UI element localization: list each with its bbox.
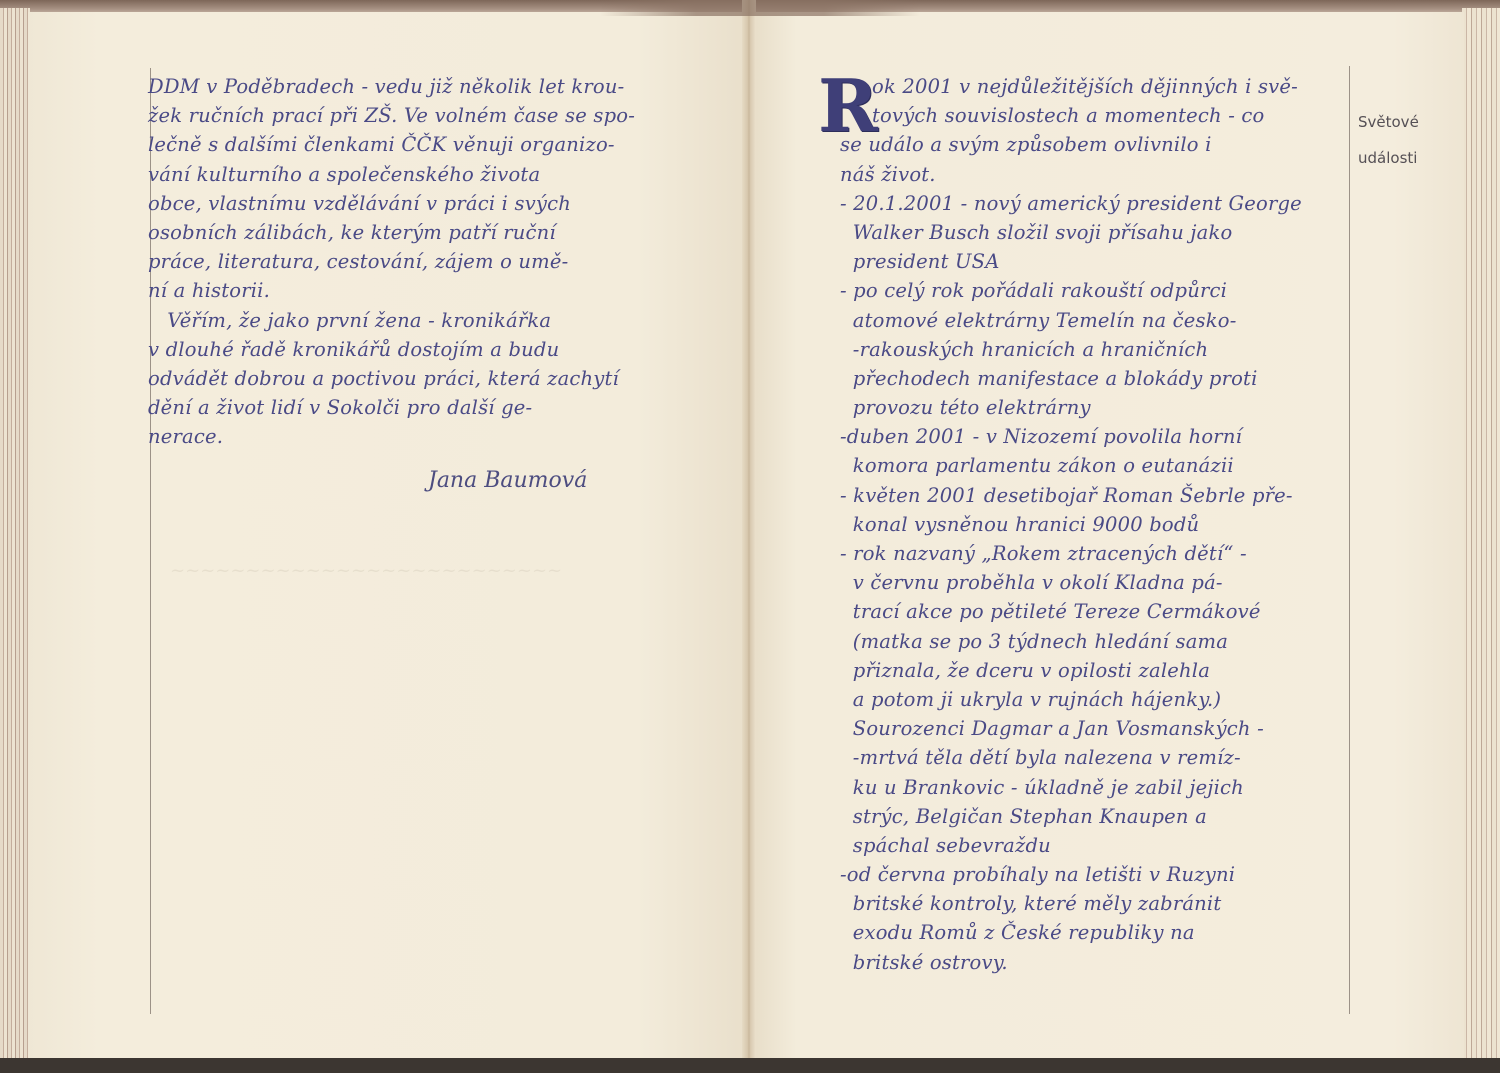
- margin-note: Světové události: [1358, 104, 1419, 176]
- text-line: Walker Busch složil svoji přísahu jako: [840, 218, 1302, 247]
- text-line: -od června probíhaly na letišti v Ruzyni: [840, 860, 1302, 889]
- text-line: osobních zálibách, ke kterým patří ruční: [148, 218, 635, 247]
- text-line: Věřím, že jako první žena - kronikářka: [148, 306, 635, 335]
- text-line: dění a život lidí v Sokolči pro další ge…: [148, 393, 635, 422]
- text-line: lečně s dalšími členkami ČČK věnuji orga…: [148, 130, 635, 159]
- text-line: provozu této elektrárny: [840, 393, 1302, 422]
- text-line: britské ostrovy.: [840, 948, 1302, 977]
- bleed-through-text: ~~~~~~~~~~~~~~~~~~~~~~~~~~: [170, 560, 562, 581]
- text-line: v dlouhé řadě kronikářů dostojím a budu: [148, 335, 635, 364]
- text-line: - květen 2001 desetibojař Roman Šebrle p…: [840, 481, 1302, 510]
- text-line: náš život.: [840, 160, 1302, 189]
- text-line: konal vysněnou hranici 9000 bodů: [840, 510, 1302, 539]
- text-line: v červnu proběhla v okolí Kladna pá-: [840, 568, 1302, 597]
- text-line: se událo a svým způsobem ovlivnilo i: [840, 130, 1302, 159]
- text-line: strýc, Belgičan Stephan Knaupen a: [840, 802, 1302, 831]
- text-line: spáchal sebevraždu: [840, 831, 1302, 860]
- text-line: - rok nazvaný „Rokem ztracených dětí“ -: [840, 539, 1302, 568]
- text-line: - 20.1.2001 - nový americký president Ge…: [840, 189, 1302, 218]
- text-line: vání kulturního a společenského života: [148, 160, 635, 189]
- text-line: -rakouských hranicích a hraničních: [840, 335, 1302, 364]
- margin-note-line: události: [1358, 140, 1419, 176]
- text-line: ku u Brankovic - úkladně je zabil jejich: [840, 773, 1302, 802]
- text-line: exodu Romů z České republiky na: [840, 918, 1302, 947]
- spine-shadow: [600, 0, 920, 16]
- left-page-text: DDM v Poděbradech - vedu již několik let…: [148, 72, 635, 451]
- text-line: britské kontroly, které měly zabránit: [840, 889, 1302, 918]
- text-line: -mrtvá těla dětí byla nalezena v remíz-: [840, 743, 1302, 772]
- book-gutter: [742, 0, 756, 1058]
- text-line: Sourozenci Dagmar a Jan Vosmanských -: [840, 714, 1302, 743]
- text-line: tových souvislostech a momentech - co: [862, 101, 1302, 130]
- right-page-text: ok 2001 v nejdůležitějších dějinných i s…: [862, 72, 1302, 977]
- text-line: a potom ji ukryla v rujnách hájenky.): [840, 685, 1302, 714]
- right-page-stack: [1462, 8, 1500, 1058]
- text-line: odvádět dobrou a poctivou práci, která z…: [148, 364, 635, 393]
- signature: Jana Baumová: [428, 468, 587, 493]
- text-line: ok 2001 v nejdůležitějších dějinných i s…: [862, 72, 1302, 101]
- text-line: president USA: [840, 247, 1302, 276]
- text-line: přiznala, že dceru v opilosti zalehla: [840, 656, 1302, 685]
- text-line: -duben 2001 - v Nizozemí povolila horní: [840, 422, 1302, 451]
- text-line: trací akce po pětileté Tereze Cermákové: [840, 597, 1302, 626]
- text-line: atomové elektrárny Temelín na česko-: [840, 306, 1302, 335]
- book-cover-bottom-edge: [0, 1058, 1500, 1073]
- text-line: obce, vlastnímu vzdělávání v práci i svý…: [148, 189, 635, 218]
- text-line: komora parlamentu zákon o eutanázii: [840, 451, 1302, 480]
- text-line: DDM v Poděbradech - vedu již několik let…: [148, 72, 635, 101]
- right-margin-rule: [1349, 66, 1350, 1014]
- text-line: žek ručních prací při ZŠ. Ve volném čase…: [148, 101, 635, 130]
- text-line: práce, literatura, cestování, zájem o um…: [148, 247, 635, 276]
- text-line: nerace.: [148, 422, 635, 451]
- text-line: přechodech manifestace a blokády proti: [840, 364, 1302, 393]
- text-line: (matka se po 3 týdnech hledání sama: [840, 627, 1302, 656]
- text-line: ní a historii.: [148, 276, 635, 305]
- open-book: ~~~~~~~~~~~~~~~~~~~~~~~~~~ DDM v Poděbra…: [0, 0, 1500, 1073]
- text-line: - po celý rok pořádali rakouští odpůrci: [840, 276, 1302, 305]
- left-page-stack: [0, 8, 30, 1058]
- margin-note-line: Světové: [1358, 104, 1419, 140]
